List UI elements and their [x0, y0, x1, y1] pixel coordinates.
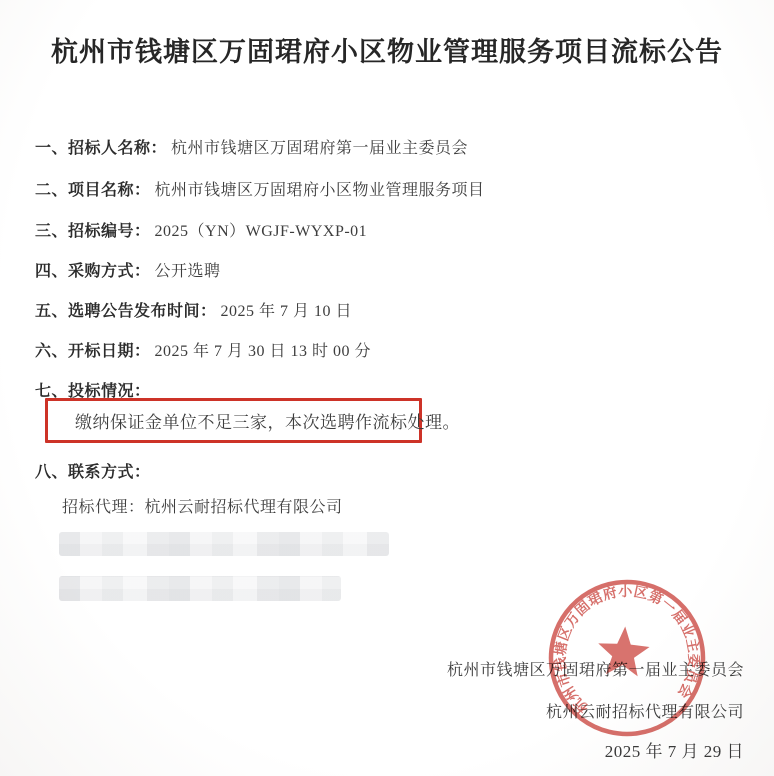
announcement-document: 杭州市钱塘区万固珺府小区物业管理服务项目流标公告 一、招标人名称：杭州市钱塘区万…: [0, 0, 774, 776]
item-project-name: 二、项目名称：杭州市钱塘区万固珺府小区物业管理服务项目: [35, 177, 485, 200]
official-seal: 杭州市钱塘区万固珺府小区第一届业主委员会: [514, 545, 740, 771]
item-label: 三、招标编号：: [35, 223, 151, 240]
item-label: 六、开标日期：: [35, 343, 151, 360]
page-title: 杭州市钱塘区万固珺府小区物业管理服务项目流标公告: [0, 30, 774, 69]
redacted-contact-line-2: [59, 576, 341, 601]
contact-agent-line: 招标代理：杭州云耐招标代理有限公司: [62, 494, 343, 517]
item-contact-info: 八、联系方式：: [35, 459, 155, 482]
item-bid-opening-date: 六、开标日期：2025 年 7 月 30 日 13 时 00 分: [35, 338, 371, 361]
agent-value: 杭州云耐招标代理有限公司: [145, 499, 343, 516]
item-tender-number: 三、招标编号：2025（YN）WGJF-WYXP-01: [35, 218, 367, 241]
item-value: 杭州市钱塘区万固珺府小区物业管理服务项目: [155, 182, 485, 199]
star-icon: [596, 625, 651, 677]
item-value: 2025 年 7 月 10 日: [221, 303, 353, 320]
item-label: 一、招标人名称：: [35, 140, 167, 157]
item-label: 二、项目名称：: [35, 182, 151, 199]
failed-bid-notice-text: 缴纳保证金单位不足三家，本次选聘作流标处理。: [48, 408, 460, 433]
redacted-contact-line-1: [59, 532, 389, 556]
agent-label: 招标代理：: [62, 499, 145, 516]
item-label: 四、采购方式：: [35, 263, 151, 280]
item-value: 杭州市钱塘区万固珺府第一届业主委员会: [171, 140, 468, 157]
item-value: 2025 年 7 月 30 日 13 时 00 分: [155, 343, 372, 360]
item-value: 2025（YN）WGJF-WYXP-01: [155, 223, 368, 240]
item-tenderer-name: 一、招标人名称：杭州市钱塘区万固珺府第一届业主委员会: [35, 135, 468, 158]
failed-bid-notice-box: 缴纳保证金单位不足三家，本次选聘作流标处理。: [45, 398, 422, 443]
item-value: 公开选聘: [155, 263, 221, 280]
item-label: 五、选聘公告发布时间：: [35, 303, 217, 320]
item-label: 八、联系方式：: [35, 464, 151, 481]
item-procurement-method: 四、采购方式：公开选聘: [35, 258, 221, 281]
item-announcement-publish-time: 五、选聘公告发布时间：2025 年 7 月 10 日: [35, 298, 352, 321]
